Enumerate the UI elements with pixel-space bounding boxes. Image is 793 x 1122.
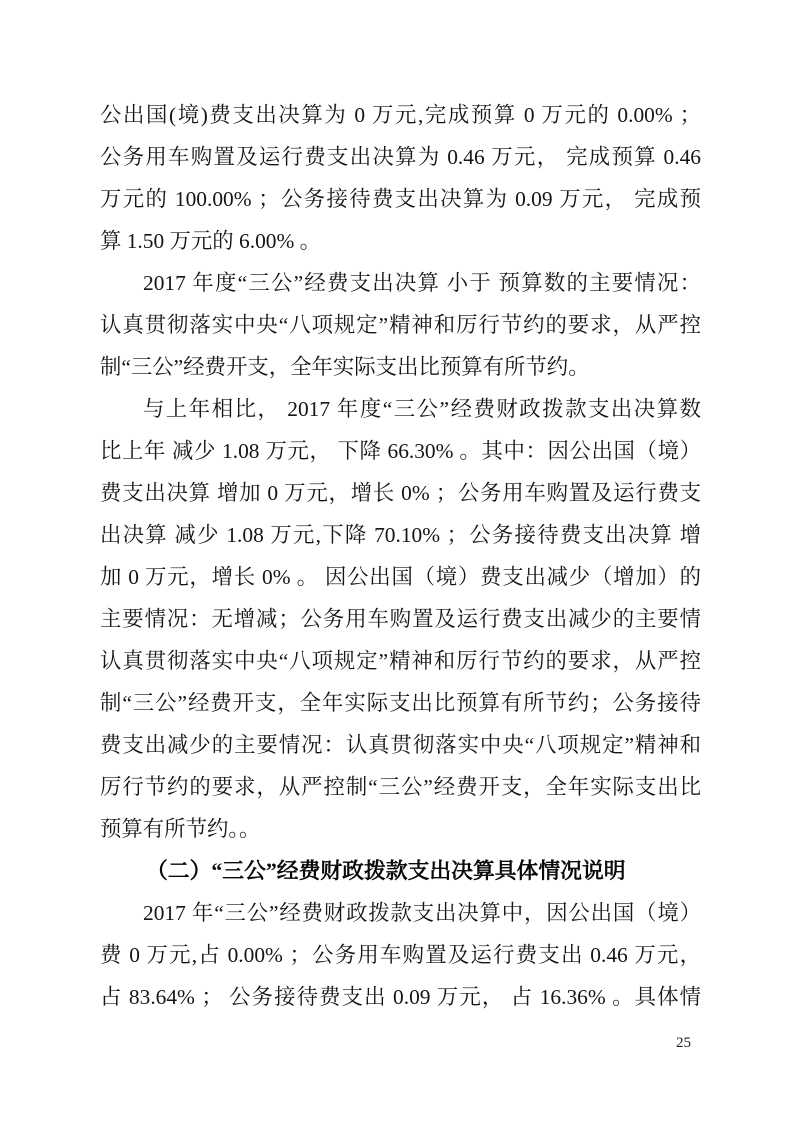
text-line: 主要情况：无增减；公务用车购置及运行费支出减少的主要情况： [100,598,701,640]
text-line: 厉行节约的要求，从严控制“三公”经费开支，全年实际支出比 [100,766,701,808]
text-line: 与上年相比， 2017 年度“三公”经费财政拨款支出决算数 [100,388,701,430]
text-line: 加 0 万元，增长 0% 。 因公出国（境）费支出减少（增加）的 [100,556,701,598]
text-line: 占 83.64% ； 公务接待费支出 0.09 万元， 占 16.36% 。具体… [100,976,701,1018]
text-line: 比上年 减少 1.08 万元， 下降 66.30% 。其中：因公出国（境） [100,430,701,472]
text-line: 认真贯彻落实中央“八项规定”精神和厉行节约的要求，从严控 [100,640,701,682]
document-page: 公出国(境)费支出决算为 0 万元,完成预算 0 万元的 0.00% ；公务用车… [0,0,793,1122]
text-line: 费支出减少的主要情况：认真贯彻落实中央“八项规定”精神和 [100,724,701,766]
paragraph: 公出国(境)费支出决算为 0 万元,完成预算 0 万元的 0.00% ；公务用车… [100,94,701,262]
paragraph: 2017 年“三公”经费财政拨款支出决算中，因公出国（境）费 0 万元,占 0.… [100,892,701,1018]
text-line: 公务用车购置及运行费支出决算为 0.46 万元， 完成预算 0.46 [100,136,701,178]
text-line: 公出国(境)费支出决算为 0 万元,完成预算 0 万元的 0.00% ； [100,94,701,136]
text-line: 认真贯彻落实中央“八项规定”精神和厉行节约的要求，从严控 [100,304,701,346]
page-number: 25 [676,1033,691,1053]
document-content: 公出国(境)费支出决算为 0 万元,完成预算 0 万元的 0.00% ；公务用车… [100,94,701,1018]
text-line: 算 1.50 万元的 6.00% 。 [100,220,701,262]
text-line: 费 0 万元,占 0.00% ；公务用车购置及运行费支出 0.46 万元， [100,934,701,976]
text-line: 万元的 100.00% ；公务接待费支出决算为 0.09 万元， 完成预 [100,178,701,220]
text-line: 出决算 减少 1.08 万元,下降 70.10% ；公务接待费支出决算 增 [100,514,701,556]
text-line: 制“三公”经费开支，全年实际支出比预算有所节约；公务接待 [100,682,701,724]
text-line: 2017 年度“三公”经费支出决算 小于 预算数的主要情况： [100,262,701,304]
paragraph: 2017 年度“三公”经费支出决算 小于 预算数的主要情况：认真贯彻落实中央“八… [100,262,701,388]
text-line: 2017 年“三公”经费财政拨款支出决算中，因公出国（境） [100,892,701,934]
text-line: 费支出决算 增加 0 万元，增长 0% ；公务用车购置及运行费支 [100,472,701,514]
text-line: 制“三公”经费开支，全年实际支出比预算有所节约。 [100,346,701,388]
text-line: 预算有所节约。。 [100,808,701,850]
section-heading: （二）“三公”经费财政拨款支出决算具体情况说明 [100,850,701,892]
paragraph: 与上年相比， 2017 年度“三公”经费财政拨款支出决算数比上年 减少 1.08… [100,388,701,850]
